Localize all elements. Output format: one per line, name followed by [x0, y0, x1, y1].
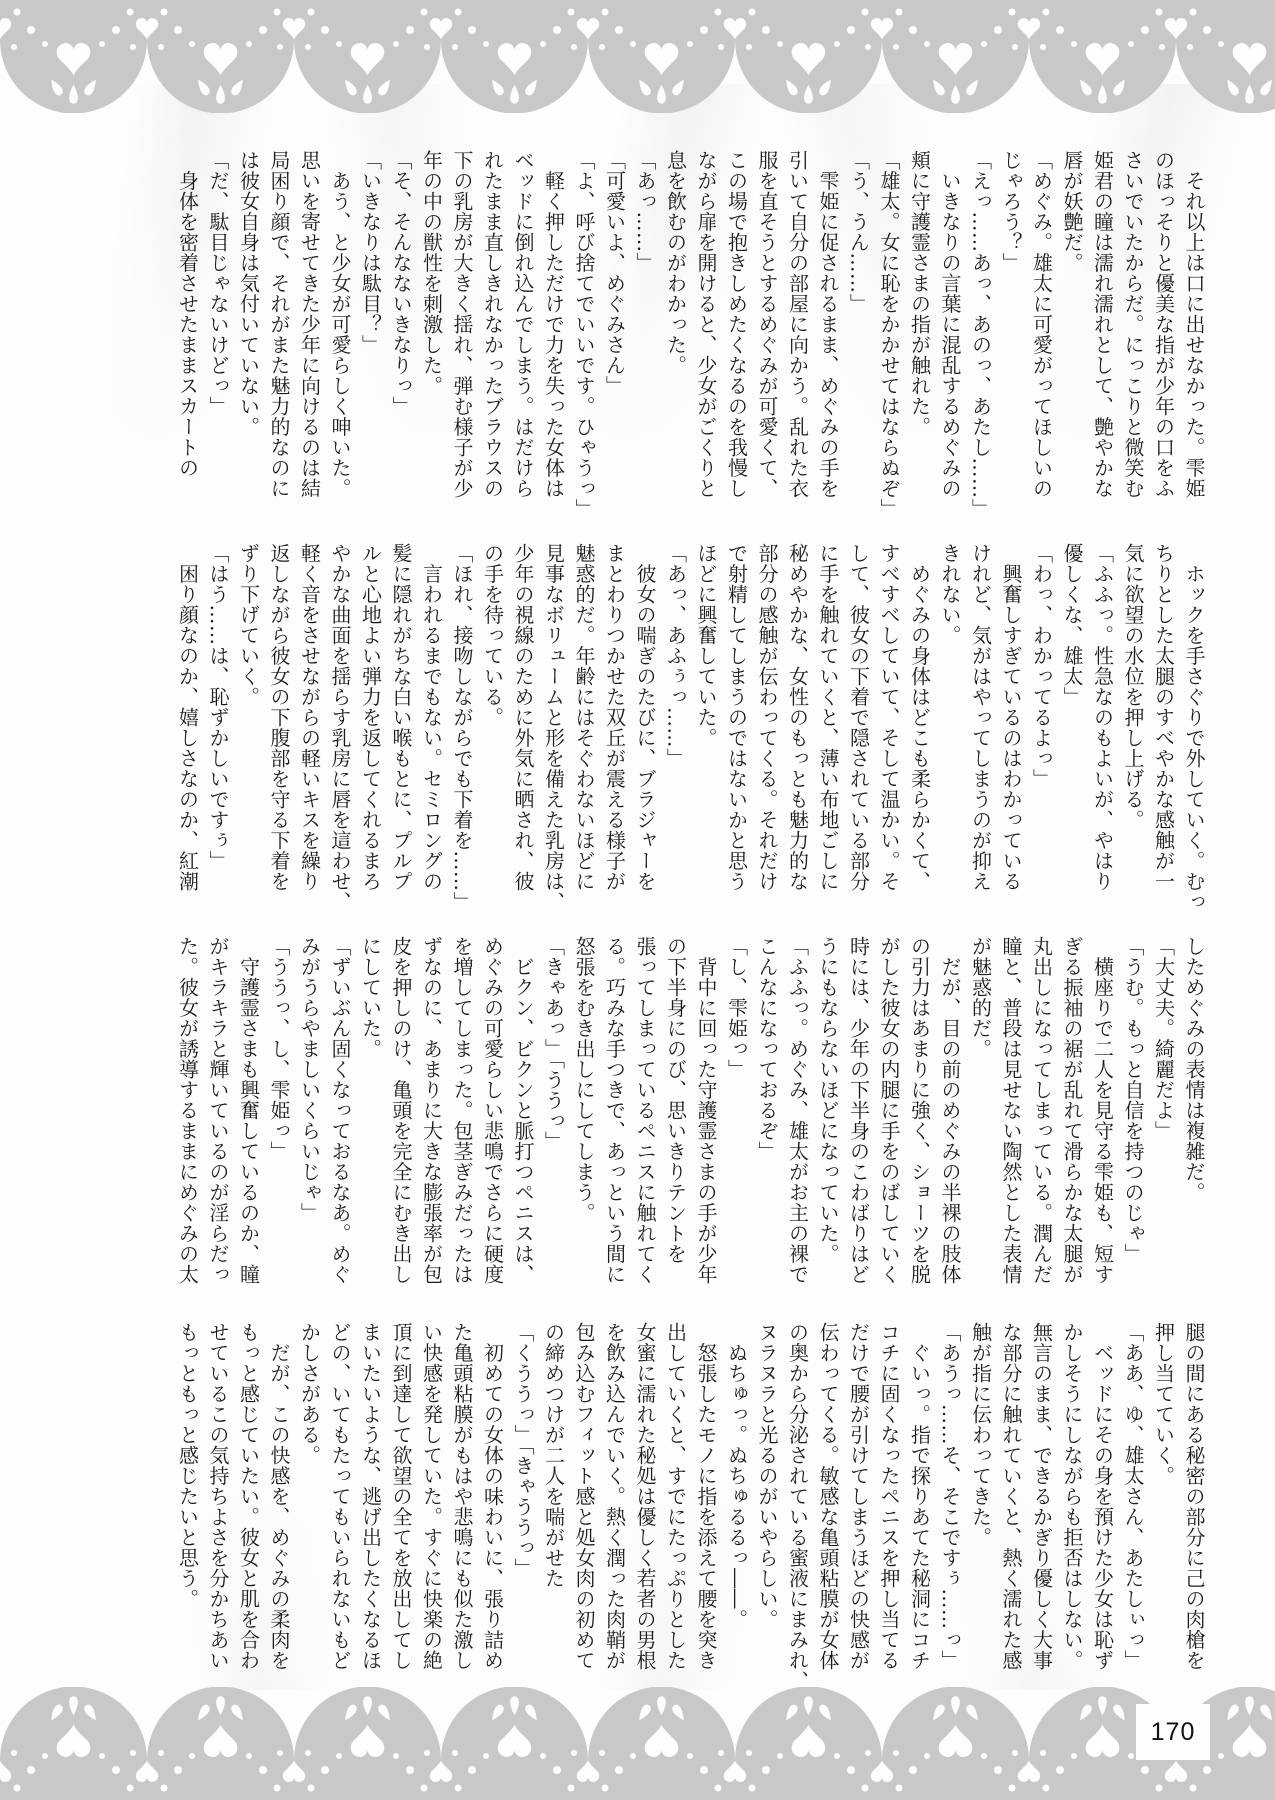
text-column: ぐいっ。指で探りあてた秘洞にコチ: [904, 1322, 935, 1700]
book-page: それ以上は口に出せなかった。雫姫のほっそりと優美な指が少年の口をふさいでいたから…: [0, 0, 1275, 1800]
text-column: けれど、気がはやってしまうのが抑え: [965, 543, 996, 921]
text-column: た。彼女が誘導するままにめぐみの太: [172, 936, 203, 1314]
text-column: 「雄太。女に恥をかかせてはならぬぞ」: [874, 150, 905, 528]
text-band-4: 腿の間にある秘密の部分に己の肉槍を押し当てていく。「ああ、ゆ、雄太さん、あたしぃ…: [172, 1322, 1209, 1700]
heart-lace-border-top: [0, 0, 1275, 113]
text-column: 「だ、駄目じゃないけどっ」: [203, 150, 234, 528]
text-column: 初めての女体の味わいに、張り詰め: [477, 1322, 508, 1700]
text-column: ぎる振袖の裾が乱れて滑らかな太腿が: [1057, 936, 1088, 1314]
text-column: 下の乳房が大きく揺れ、弾む様子が少: [447, 150, 478, 528]
text-column: 「めぐみ。雄太に可愛がってほしいの: [1026, 150, 1057, 528]
text-column: 怒張をむき出しにしてしまう。: [569, 936, 600, 1314]
text-column: 「大丈夫。綺麗だよ」: [1148, 936, 1179, 1314]
text-column: ぬちゅっ。ぬちゅるるっ――。: [721, 1322, 752, 1700]
text-column: 張ってしまっているペニスに触れてく: [630, 936, 661, 1314]
text-column: 「あっ、あふぅっ……」: [660, 543, 691, 921]
text-column: 「う、うん……」: [843, 150, 874, 528]
text-column: な部分に触れていくと、熱く濡れた感: [996, 1322, 1027, 1700]
text-column: 言われるまでもない。セミロングの: [416, 543, 447, 921]
text-column: 髪に隠れがちな白い喉もとに、プルプ: [386, 543, 417, 921]
text-column: だが、この快感を、めぐみの柔肉を: [264, 1322, 295, 1700]
text-column: 横座りで二人を見守る雫姫も、短す: [1087, 936, 1118, 1314]
text-column: 「うむ。もっと自信を持つのじゃ」: [1118, 936, 1149, 1314]
text-column: 「可愛いよ、めぐみさん」: [599, 150, 630, 528]
text-column: じゃろう？」: [996, 150, 1027, 528]
text-column: 優しくな、雄太」: [1057, 543, 1088, 921]
text-column: 出していくと、すでにたっぷりとした: [660, 1322, 691, 1700]
heart-lace-border-bottom: [0, 1687, 1275, 1800]
text-column: 瞳と、普段は見せない陶然とした表情: [996, 936, 1027, 1314]
text-band-3: しためぐみの表情は複雑だ。「大丈夫。綺麗だよ」「うむ。もっと自信を持つのじゃ」 …: [172, 936, 1209, 1314]
text-column: のほっそりと優美な指が少年の口をふ: [1148, 150, 1179, 528]
text-column: ビクン、ビクンと脈打つペニスは、: [508, 936, 539, 1314]
text-column: 無言のまま、できるかぎり優しく大事: [1026, 1322, 1057, 1700]
text-column: 姫君の瞳は濡れ濡れとして、艶やかな: [1087, 150, 1118, 528]
text-column: せているこの気持ちよさを分かちあい: [203, 1322, 234, 1700]
text-column: かしさがある。: [294, 1322, 325, 1700]
text-column: ちりとした太腿のすべやかな感触が一: [1148, 543, 1179, 921]
text-column: 見事なボリュームと形を備えた乳房は、: [538, 543, 569, 921]
text-column: ほどに興奮していた。: [691, 543, 722, 921]
text-column: 「ああ、ゆ、雄太さん、あたしぃっ」: [1118, 1322, 1149, 1700]
text-column: ルと心地よい弾力を返してくれるまろ: [355, 543, 386, 921]
text-column: 伝わってくる。敏感な亀頭粘膜が女体: [813, 1322, 844, 1700]
text-column: 「ほれ、接吻しながらでも下着を……」: [447, 543, 478, 921]
text-column: 軽く音をさせながらの軽いキスを繰り: [294, 543, 325, 921]
text-column: 「わっ、わかってるよっ」: [1026, 543, 1057, 921]
text-column: 「あっ……」: [630, 150, 661, 528]
text-band-1: それ以上は口に出せなかった。雫姫のほっそりと優美な指が少年の口をふさいでいたから…: [172, 150, 1209, 528]
text-column: 頂に到達して欲望の全てを放出してし: [386, 1322, 417, 1700]
text-column: れたまま直しきれなかったブラウスの: [477, 150, 508, 528]
text-column: 彼女の喘ぎのたびに、ブラジャーを: [630, 543, 661, 921]
text-column: きれない。: [935, 543, 966, 921]
text-column: 身体を密着させたままスカートの: [172, 150, 203, 528]
text-column: 困り顔なのか、嬉しさなのか、紅潮: [172, 543, 203, 921]
text-column: めぐみの身体はどこも柔らかくて、: [904, 543, 935, 921]
text-column: 「ふふっ。性急なのもよいが、やはり: [1087, 543, 1118, 921]
text-column: めぐみの可愛らしい悲鳴でさらに硬度: [477, 936, 508, 1314]
text-column: 「えっ……あっ、あのっ、あたし……」: [965, 150, 996, 528]
text-column: 雫姫に促されるまま、めぐみの手を: [813, 150, 844, 528]
text-column: 局困り顔で、それがまた魅力的なのに: [264, 150, 295, 528]
text-column: こんなになっておるぞ」: [752, 936, 783, 1314]
text-column: すべすべしていて、そして温かい。そ: [874, 543, 905, 921]
text-column: やかな曲面を揺らす乳房に唇を這わせ、: [325, 543, 356, 921]
text-column: うにもならないほどになっていた。: [813, 936, 844, 1314]
text-column: の下半身にのび、思いきりテントを: [660, 936, 691, 1314]
text-column: 気に欲望の水位を押し上げる。: [1118, 543, 1149, 921]
text-column: た亀頭粘膜がもはや悲鳴にも似た激し: [447, 1322, 478, 1700]
text-column: 守護霊さまも興奮しているのか、瞳: [233, 936, 264, 1314]
text-column: ずり下げていく。: [233, 543, 264, 921]
text-column: しためぐみの表情は複雑だ。: [1179, 936, 1210, 1314]
text-column: 年の中の獣性を刺激した。: [416, 150, 447, 528]
text-column: 少年の視線のために外気に晒され、彼: [508, 543, 539, 921]
text-column: だが、目の前のめぐみの半裸の肢体: [935, 936, 966, 1314]
text-column: 「ううっ、し、雫姫っ」: [264, 936, 295, 1314]
text-column: ベッドに倒れ込んでしまう。はだけら: [508, 150, 539, 528]
text-column: は彼女自身は気付いていない。: [233, 150, 264, 528]
text-column: 軽く押しただけで力を失った女体は: [538, 150, 569, 528]
text-column: 返しながら彼女の下腹部を守る下着を: [264, 543, 295, 921]
text-column: 「きゃあっ」「ううっ」: [538, 936, 569, 1314]
text-column: 時には、少年の下半身のこわばりはど: [843, 936, 874, 1314]
text-column: の引力はあまりに強く、ショーツを脱: [904, 936, 935, 1314]
page-number: 170: [1151, 1718, 1196, 1747]
text-column: 背中に回った守護霊さまの手が少年: [691, 936, 722, 1314]
text-column: 息を飲むのがわかった。: [660, 150, 691, 528]
text-column: の締めつけが二人を喘がせた: [538, 1322, 569, 1700]
text-column: ずなのに、あまりに大きな膨張率が包: [416, 936, 447, 1314]
text-column: 頬に守護霊さまの指が触れた。: [904, 150, 935, 528]
text-column: それ以上は口に出せなかった。雫姫: [1179, 150, 1210, 528]
text-column: いきなりの言葉に混乱するめぐみの: [935, 150, 966, 528]
text-column: の奥から分泌されている蜜液にまみれ、: [782, 1322, 813, 1700]
text-column: 皮を押しのけ、亀頭を完全にむき出し: [386, 936, 417, 1314]
text-column: 怒張したモノに指を添えて腰を突き: [691, 1322, 722, 1700]
text-column: この場で抱きしめたくなるのを我慢し: [721, 150, 752, 528]
text-column: る。巧みな手つきで、あっという間に: [599, 936, 630, 1314]
text-column: さいでいたからだ。にっこりと微笑む: [1118, 150, 1149, 528]
text-column: ベッドにその身を預けた少女は恥ず: [1087, 1322, 1118, 1700]
text-column: だけで腰が引けてしまうほどの快感が: [843, 1322, 874, 1700]
text-column: 触が指に伝わってきた。: [965, 1322, 996, 1700]
text-column: まとわりつかせた双丘が震える様子が: [599, 543, 630, 921]
text-column: 服を直そうとするめぐみが可愛くて、: [752, 150, 783, 528]
page-number-box: 170: [1136, 1704, 1210, 1760]
text-column: い快感を発していた。すぐに快楽の絶: [416, 1322, 447, 1700]
text-column: が魅惑的だ。: [965, 936, 996, 1314]
text-column: 「よ、呼び捨てでいいです。ひゃうっ」: [569, 150, 600, 528]
text-column: ながら扉を開けると、少女がごくりと: [691, 150, 722, 528]
text-column: で射精してしまうのではないかと思う: [721, 543, 752, 921]
text-column: まいたいような、逃げ出したくなるほ: [355, 1322, 386, 1700]
text-column: にしていた。: [355, 936, 386, 1314]
text-column: 「はう……は、恥ずかしいですぅ」: [203, 543, 234, 921]
text-column: がキラキラと輝いているのが淫らだっ: [203, 936, 234, 1314]
text-column: に手を触れていくと、薄い布地ごしに: [813, 543, 844, 921]
text-column: 「ふふっ。めぐみ、雄太がお主の裸で: [782, 936, 813, 1314]
text-column: の手を待っている。: [477, 543, 508, 921]
text-column: 「くううっ」「きゃううっ」: [508, 1322, 539, 1700]
text-column: 秘めやかな、女性のもっとも魅力的な: [782, 543, 813, 921]
text-column: 腿の間にある秘密の部分に己の肉槍を: [1179, 1322, 1210, 1700]
text-column: を増してしまった。包茎ぎみだったは: [447, 936, 478, 1314]
text-column: コチに固くなったペニスを押し当てる: [874, 1322, 905, 1700]
text-column: 押し当てていく。: [1148, 1322, 1179, 1700]
text-column: 「いきなりは駄目？」: [355, 150, 386, 528]
text-column: 「そ、そんなないきなりっ」: [386, 150, 417, 528]
text-column: 女蜜に濡れた秘処は優しく若者の男根: [630, 1322, 661, 1700]
text-column: 思いを寄せてきた少年に向けるのは結: [294, 150, 325, 528]
text-column: を飲み込んでいく。熱く潤った肉鞘が: [599, 1322, 630, 1700]
text-column: 引いて自分の部屋に向かう。乱れた衣: [782, 150, 813, 528]
text-column: がした彼女の内腿に手をのばしていく: [874, 936, 905, 1314]
text-column: 包み込むフィット感と処女肉の初めて: [569, 1322, 600, 1700]
text-column: 魅惑的だ。年齢にはそぐわないほどに: [569, 543, 600, 921]
text-column: みがうらやましいくらいじゃ」: [294, 936, 325, 1314]
text-column: もっと感じていたい。彼女と肌を合わ: [233, 1322, 264, 1700]
text-column: ホックを手さぐりで外していく。むっ: [1179, 543, 1210, 921]
text-column: どの、いてもたってもいられないもど: [325, 1322, 356, 1700]
text-column: 部分の感触が伝わってくる。それだけ: [752, 543, 783, 921]
text-column: 「ずいぶん固くなっておるなあ。めぐ: [325, 936, 356, 1314]
text-band-2: ホックを手さぐりで外していく。むっちりとした太腿のすべやかな感触が一気に欲望の水…: [172, 543, 1209, 921]
text-column: 「あうっ……そ、そこですぅ……っ」: [935, 1322, 966, 1700]
text-column: あう、と少女が可愛らしく呻いた。: [325, 150, 356, 528]
text-column: 「し、雫姫っ」: [721, 936, 752, 1314]
text-column: 興奮しすぎているのはわかっている: [996, 543, 1027, 921]
text-column: かしそうにしながらも拒否はしない。: [1057, 1322, 1088, 1700]
text-column: ヌラヌラと光るのがいやらしい。: [752, 1322, 783, 1700]
text-column: 唇が妖艶だ。: [1057, 150, 1088, 528]
text-column: もっともっと感じたいと思う。: [172, 1322, 203, 1700]
text-column: 丸出しになってしまっている。潤んだ: [1026, 936, 1057, 1314]
text-column: して、彼女の下着で隠されている部分: [843, 543, 874, 921]
